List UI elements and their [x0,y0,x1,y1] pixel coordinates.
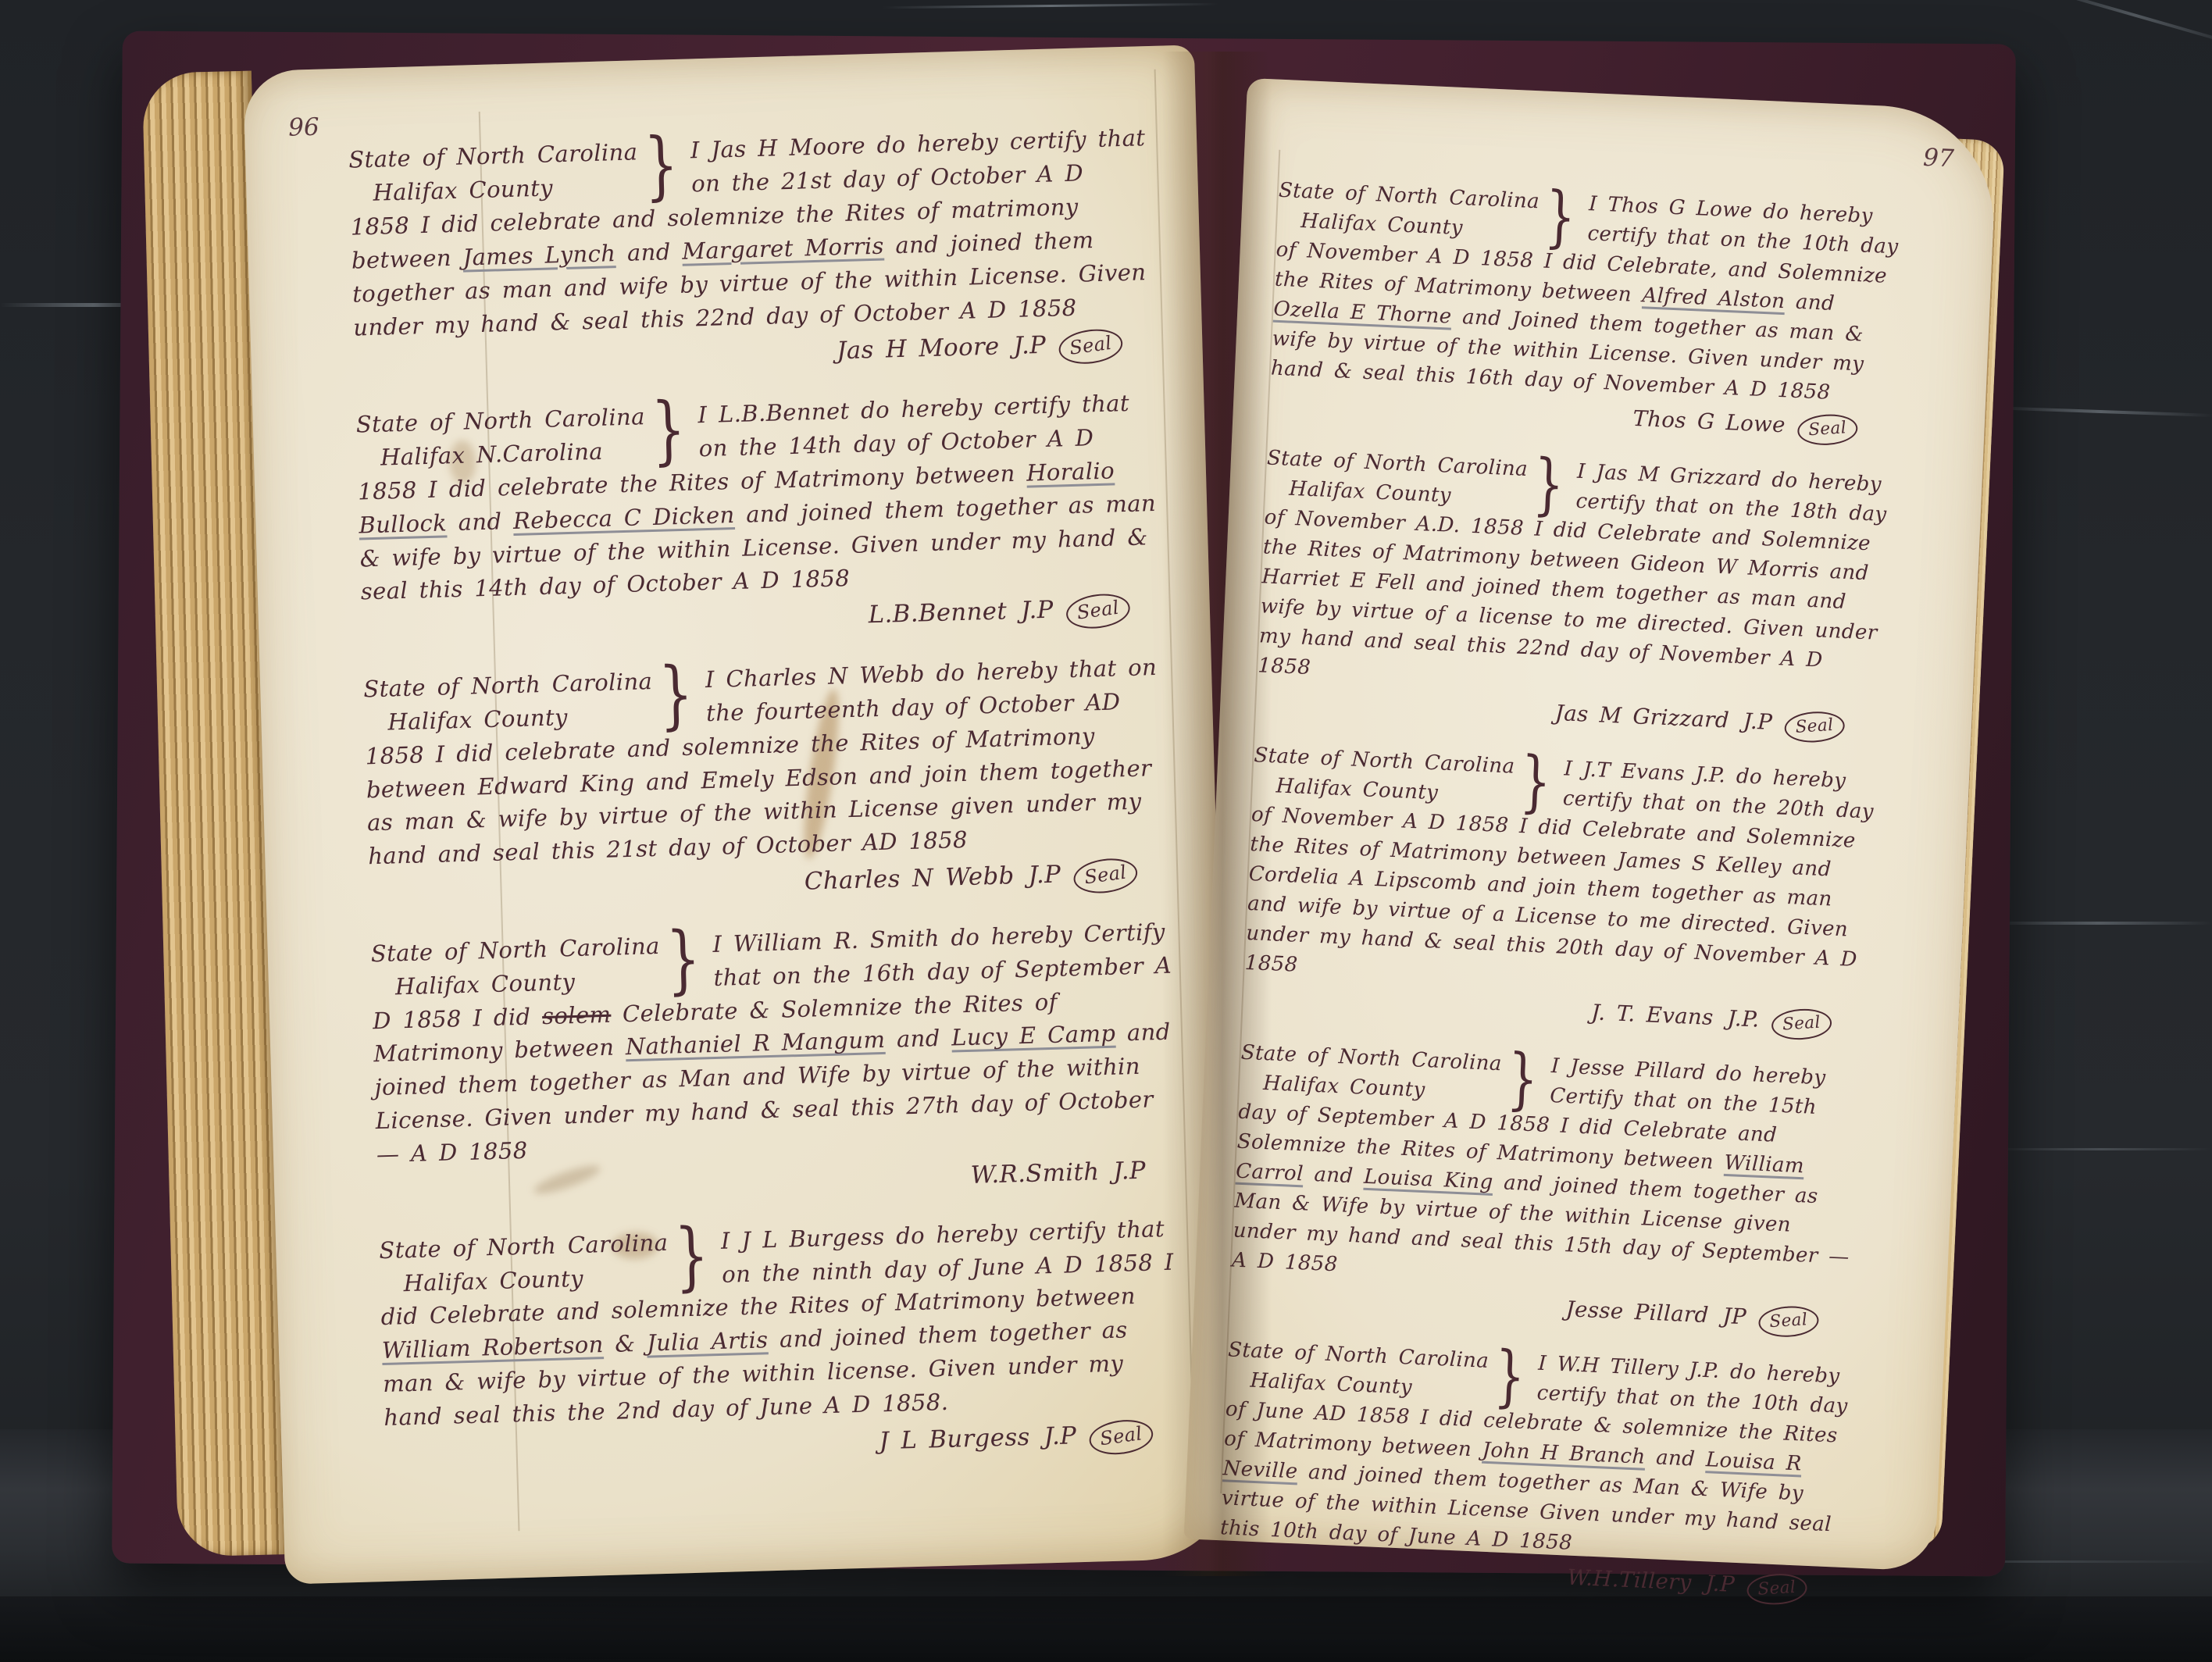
body-text: and [1303,1162,1365,1188]
left-page: 96 State of North CarolinaHalifax County… [243,45,1236,1584]
body-text: and joined them together as man & wife b… [359,490,1156,605]
body-text: and [615,238,683,266]
brace-glyph: } [643,123,680,210]
entries-left: State of North CarolinaHalifax County}I … [348,121,1190,1553]
brace-glyph: } [658,653,694,740]
entries-right: State of North CarolinaHalifax County}I … [1221,177,1902,1547]
seal-mark: Seal [1797,412,1859,447]
right-page: 97 State of North CarolinaHalifax County… [1184,78,1999,1571]
body-text: Julia Artis [647,1327,769,1357]
page-number-left: 96 [288,113,319,142]
body-text: Alfred Alston [1642,284,1786,313]
entry-heading: State of North CarolinaHalifax County [363,665,654,740]
signature-title: J.P [1044,1421,1077,1450]
body-text: John H Branch [1482,1439,1646,1469]
seal-mark: Seal [1057,326,1125,368]
entry-heading: State of North CarolinaHalifax County [1277,177,1540,247]
background-streak [883,3,1218,9]
register-entry: State of North CarolinaHalifax County}I … [1229,1039,1864,1339]
register-entry: State of North CarolinaHalifax County}I … [370,915,1180,1210]
body-text: Louisa King [1363,1165,1493,1194]
brace-glyph: } [1532,446,1566,524]
body-text: and [1785,290,1836,316]
signature-name: L.B.Bennet [868,597,1007,629]
signature-name: J. T. Evans [1591,1000,1714,1030]
register-entry: State of North CarolinaHalifax County}I … [1218,1336,1851,1607]
brace-glyph: } [1506,1041,1540,1119]
entry-heading: State of North CarolinaHalifax County [1252,741,1515,811]
body-text: and [1645,1446,1707,1471]
body-text: solem [542,1000,612,1029]
body-text: and [885,1025,952,1053]
brace-glyph: } [673,1214,710,1300]
body-text: James Lynch [462,240,616,270]
body-text: William Robertson [382,1331,605,1364]
brace-glyph: } [1518,744,1553,822]
seal-mark: Seal [1746,1572,1808,1607]
body-text: Margaret Morris [682,232,884,264]
register-entry: State of North CarolinaHalifax County}I … [363,651,1172,915]
register-entry: State of North CarolinaHalifax County}I … [1256,444,1891,745]
signature-title: J.P [1013,331,1047,360]
entry-heading: State of North CarolinaHalifax County [1265,444,1529,515]
signature-name: Jas M Grizzard [1554,701,1729,733]
entry-heading: State of North CarolinaHalifax County [370,929,661,1004]
body-text: and joined them together as Man & Wife b… [1220,1460,1832,1554]
signature-title: J.P [1021,596,1054,625]
signature-name: W.R.Smith [970,1157,1100,1189]
seal-mark: Seal [1072,855,1140,897]
brace-glyph: } [1543,179,1578,257]
shelf-shadow [0,1596,2212,1662]
entry-heading: State of North CarolinaHalifax County [1239,1039,1502,1109]
seal-mark: Seal [1064,590,1132,633]
body-text: & [603,1330,647,1358]
photograph-background: 96 State of North CarolinaHalifax County… [0,0,2212,1662]
register-entry: State of North CarolinaHalifax County}I … [379,1211,1188,1475]
seal-mark: Seal [1771,1007,1832,1041]
body-text: and [447,508,514,536]
register-entry: State of North CarolinaHalifax N.Carolin… [355,386,1165,650]
seal-mark: Seal [1784,710,1846,744]
brace-glyph: } [1493,1338,1527,1416]
signature-title: J.P [1028,861,1061,890]
page-number-right: 97 [1922,144,1954,173]
signature-title: JP [1722,1304,1747,1329]
signature-name: W.H.Tillery [1567,1564,1693,1595]
signature-title: J.P [1743,708,1773,735]
background-streak [1984,922,2212,925]
brace-glyph: } [651,388,687,475]
register-entry: State of North CarolinaHalifax County}I … [1268,177,1902,448]
signature-name: Jesse Pillard [1565,1296,1709,1328]
entry-heading: State of North CarolinaHalifax N.Carolin… [355,400,646,475]
seal-mark: Seal [1087,1416,1155,1458]
background-streak [1988,406,2212,417]
entry-heading: State of North CarolinaHalifax County [348,135,639,210]
background-streak [2023,0,2212,49]
seal-mark: Seal [1758,1304,1820,1339]
signature-name: J L Burgess [879,1423,1030,1455]
body-text: Rebecca C Dicken [512,501,735,534]
signature-title: J.P [1113,1157,1147,1186]
signature-title: J.P. [1727,1006,1760,1033]
register-entry: State of North CarolinaHalifax County}I … [348,121,1158,385]
book-gutter-shadow [1162,52,1272,1576]
body-text: Nathaniel R Mangum [625,1026,885,1060]
body-text: Lucy E Camp [951,1020,1116,1051]
entry-heading: State of North CarolinaHalifax County [379,1225,669,1300]
brace-glyph: } [665,918,702,1004]
signature-name: Jas H Moore [837,333,1000,366]
signature-name: Thos G Lowe [1632,406,1786,437]
signature-name: Charles N Webb [804,862,1015,896]
signature-title: J.P [1705,1571,1736,1597]
register-entry: State of North CarolinaHalifax County}I … [1243,741,1878,1042]
body-text: Ozella E Thorne [1273,297,1452,328]
background-streak [1990,1148,2212,1150]
